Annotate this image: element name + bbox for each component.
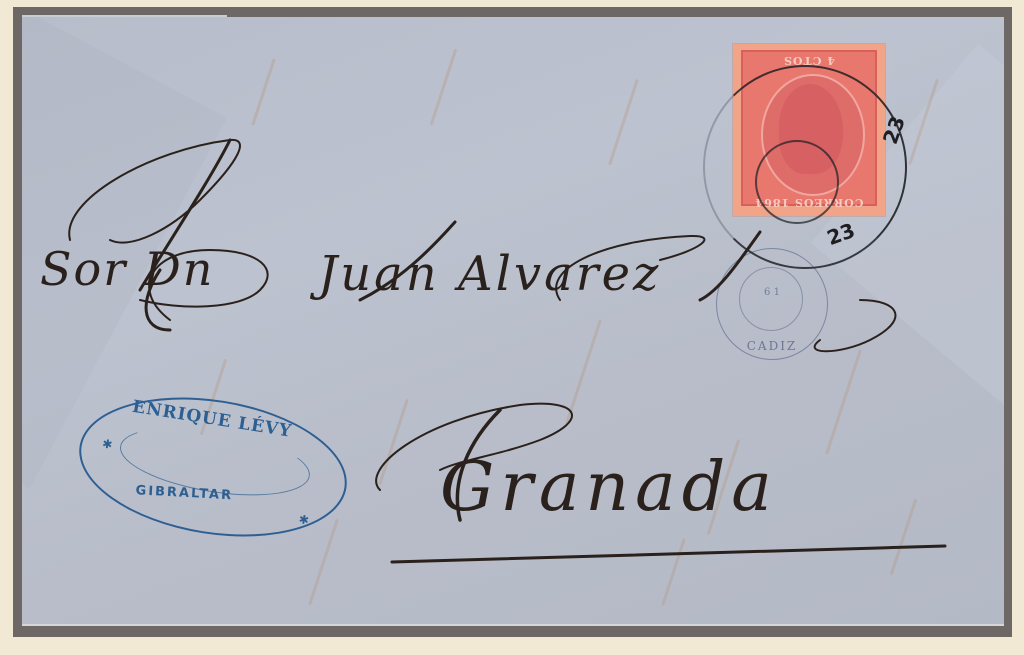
paper-edge — [22, 624, 1004, 626]
ink-bleed — [825, 349, 862, 455]
ink-bleed — [890, 498, 918, 575]
cancellation-ring — [755, 140, 839, 224]
star-ornament-icon: ✱ — [298, 512, 310, 527]
ink-bleed — [430, 48, 458, 125]
datestamp-town: CADIZ — [717, 339, 827, 353]
address-salutation: Sor Dn — [40, 242, 214, 296]
star-ornament-icon: ✱ — [101, 436, 113, 451]
ink-bleed — [308, 519, 339, 606]
datestamp-date: 6 1 — [717, 287, 827, 298]
address-recipient: Juan Alvarez — [318, 246, 661, 302]
ink-bleed — [565, 319, 602, 425]
ink-bleed — [608, 79, 639, 166]
datestamp-inner-ring — [739, 267, 803, 331]
ink-bleed — [251, 58, 275, 126]
address-city: Granada — [440, 448, 778, 527]
ink-bleed — [378, 399, 409, 486]
ink-bleed — [661, 538, 685, 606]
paper-edge — [22, 15, 227, 17]
